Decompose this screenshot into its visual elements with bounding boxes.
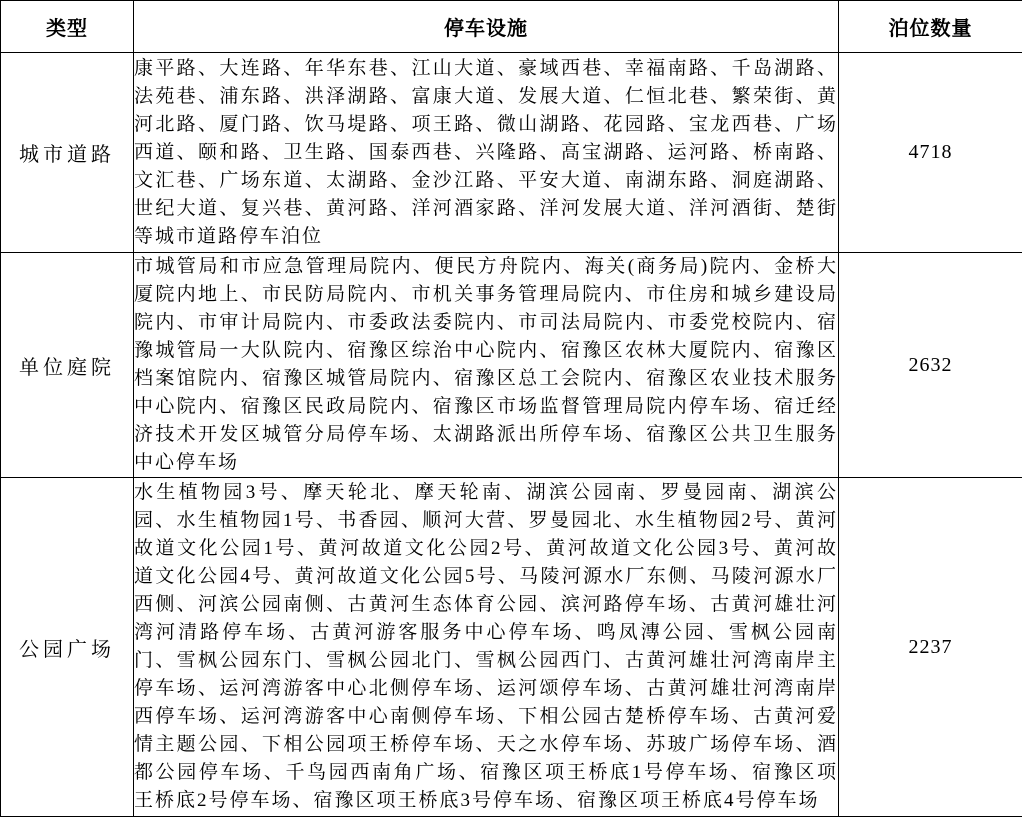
header-row: 类型 停车设施 泊位数量 — [1, 1, 1022, 53]
count-cell: 2237 — [839, 478, 1022, 817]
table-row: 公园广场 水生植物园3号、摩天轮北、摩天轮南、湖滨公园南、罗曼园南、湖滨公园、水… — [1, 478, 1022, 817]
header-type: 类型 — [1, 1, 134, 53]
facility-cell: 水生植物园3号、摩天轮北、摩天轮南、湖滨公园南、罗曼园南、湖滨公园、水生植物园1… — [134, 478, 839, 817]
count-cell: 2632 — [839, 253, 1022, 478]
table-row: 单位庭院 市城管局和市应急管理局院内、便民方舟院内、海关(商务局)院内、金桥大厦… — [1, 253, 1022, 478]
header-facility: 停车设施 — [134, 1, 839, 53]
facility-cell: 市城管局和市应急管理局院内、便民方舟院内、海关(商务局)院内、金桥大厦院内地上、… — [134, 253, 839, 478]
row-type-cell: 公园广场 — [1, 478, 134, 817]
row-type-cell: 城市道路 — [1, 53, 134, 253]
parking-table: 类型 停车设施 泊位数量 城市道路 康平路、大连路、年华东巷、江山大道、豪域西巷… — [0, 0, 1022, 817]
row-type-cell: 单位庭院 — [1, 253, 134, 478]
document-page: 类型 停车设施 泊位数量 城市道路 康平路、大连路、年华东巷、江山大道、豪域西巷… — [0, 0, 1022, 817]
facility-cell: 康平路、大连路、年华东巷、江山大道、豪域西巷、幸福南路、千岛湖路、法苑巷、浦东路… — [134, 53, 839, 253]
count-cell: 4718 — [839, 53, 1022, 253]
header-count: 泊位数量 — [839, 1, 1022, 53]
table-row: 城市道路 康平路、大连路、年华东巷、江山大道、豪域西巷、幸福南路、千岛湖路、法苑… — [1, 53, 1022, 253]
